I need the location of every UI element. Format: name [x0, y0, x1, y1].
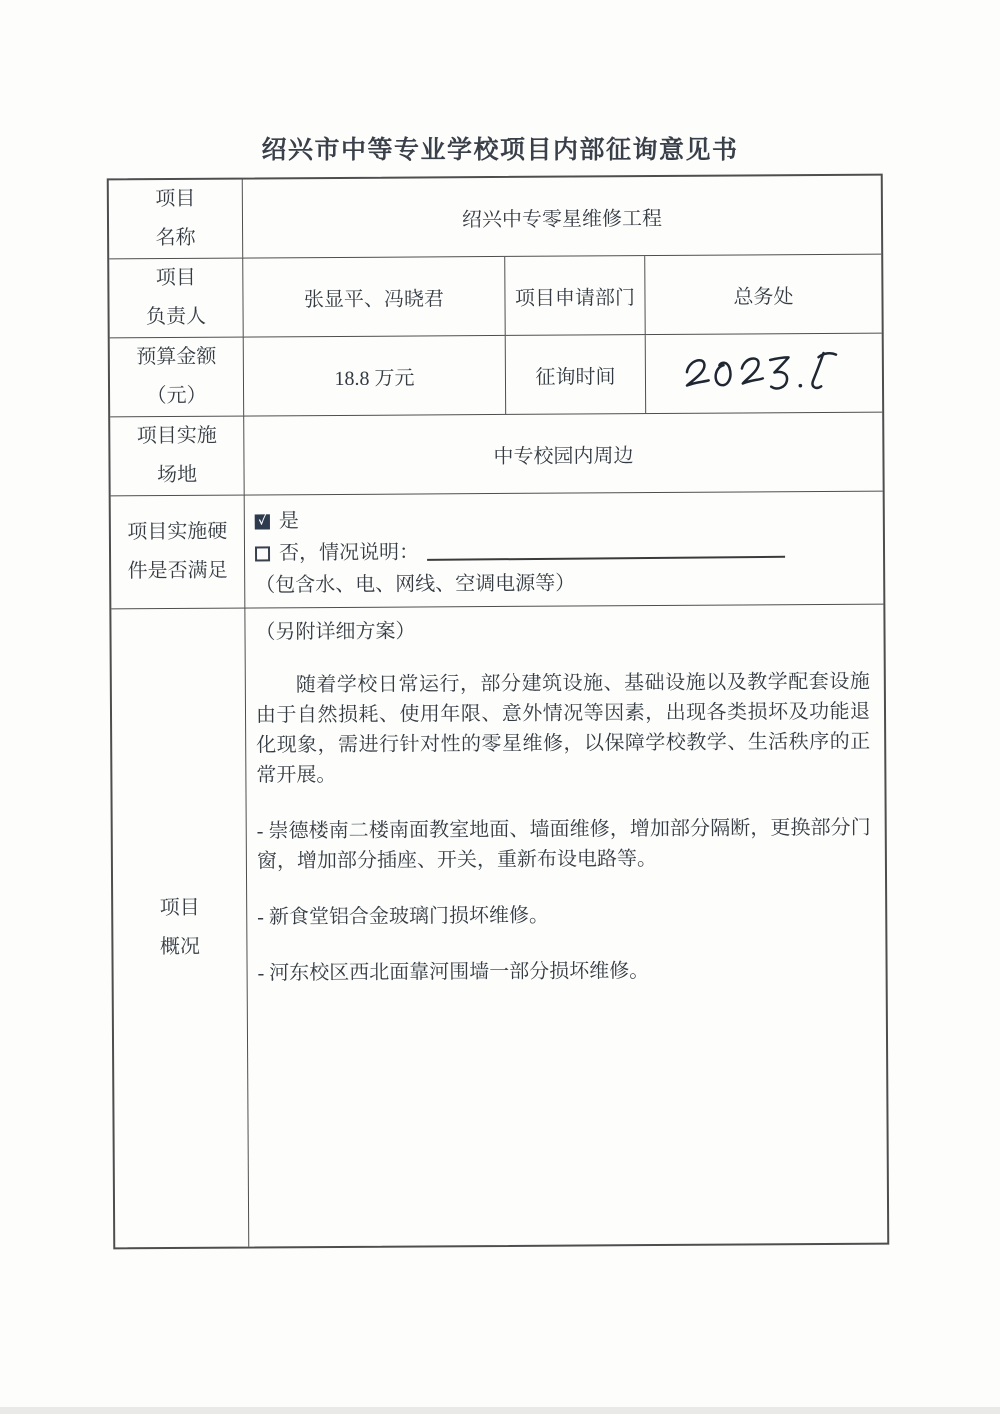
- overview-bullet: - 河东校区西北面靠河围墙一部分损坏维修。: [258, 955, 872, 989]
- table-row-site: 项目实施 场地 中专校园内周边: [110, 412, 882, 496]
- label-line: 预算金额: [136, 338, 216, 377]
- option-no-label: 否，情况说明：: [279, 536, 419, 569]
- hardware-options: ✓ 是 ✓ 否，情况说明： （包含水、电、网线、空调电源等）: [244, 492, 884, 608]
- option-yes-label: 是: [279, 505, 299, 537]
- label-line: 项目: [155, 180, 195, 219]
- scan-bottom-edge: [0, 1407, 1000, 1414]
- explanation-blank-field[interactable]: [427, 542, 785, 561]
- scanned-document-page: 绍兴市中等专业学校项目内部征询意见书 项目 名称 绍兴中专零星维修工程 项目 负…: [0, 0, 1000, 1414]
- overview-paragraph: 随着学校日常运行，部分建筑设施、基础设施以及教学配套设施由于自然损耗、使用年限、…: [256, 667, 871, 791]
- page-title: 绍兴市中等专业学校项目内部征询意见书: [0, 130, 1000, 166]
- handwritten-date-strokes: [676, 341, 851, 406]
- department-label: 项目申请部门: [504, 256, 644, 335]
- handwritten-date: [646, 334, 882, 413]
- table-row-overview: 项目 概况 （另附详细方案） 随着学校日常运行，部分建筑设施、基础设施以及教学配…: [111, 604, 887, 1248]
- leader-value: 张显平、冯晓君: [242, 257, 504, 337]
- option-yes-row: ✓ 是: [255, 502, 871, 538]
- project-name-value: 绍兴中专零星维修工程: [242, 176, 881, 258]
- site-value: 中专校园内周边: [243, 413, 882, 495]
- hardware-note: （包含水、电、网线、空调电源等）: [255, 566, 871, 602]
- label-line: 名称: [155, 219, 195, 258]
- label-line: 项目: [156, 259, 196, 298]
- consultation-time-label: 征询时间: [505, 335, 645, 414]
- leader-label: 项目 负责人: [109, 259, 242, 338]
- overview-label: 项目 概况: [111, 609, 248, 1248]
- label-line: 项目: [160, 889, 200, 928]
- overview-content: （另附详细方案） 随着学校日常运行，部分建筑设施、基础设施以及教学配套设施由于自…: [244, 605, 887, 1247]
- option-no-row: ✓ 否，情况说明：: [255, 534, 871, 570]
- check-icon: ✓: [258, 514, 266, 526]
- department-value: 总务处: [644, 255, 881, 334]
- table-row-project-name: 项目 名称 绍兴中专零星维修工程: [109, 176, 881, 259]
- no-checkbox[interactable]: ✓: [255, 546, 270, 561]
- table-row-hardware: 项目实施硬 件是否满足 ✓ 是 ✓ 否，情况说明： （包含水、电、网线: [111, 491, 884, 609]
- project-name-label: 项目 名称: [109, 180, 242, 259]
- table-row-leader: 项目 负责人 张显平、冯晓君 项目申请部门 总务处: [109, 254, 881, 338]
- label-line: 项目实施: [137, 417, 217, 456]
- site-label: 项目实施 场地: [110, 417, 243, 496]
- label-line: 项目实施硬: [127, 513, 227, 553]
- hardware-label: 项目实施硬 件是否满足: [111, 496, 245, 609]
- overview-bullet: - 崇德楼南二楼南面教室地面、墙面维修，增加部分隔断，更换部分门窗，增加部分插座…: [257, 813, 871, 877]
- yes-checkbox[interactable]: ✓: [255, 514, 270, 529]
- overview-bullet: - 新食堂铝合金玻璃门损坏维修。: [257, 899, 871, 933]
- table-row-budget: 预算金额 （元） 18.8 万元 征询时间: [110, 333, 882, 417]
- attachment-note: （另附详细方案）: [255, 615, 869, 647]
- budget-label: 预算金额 （元）: [110, 338, 243, 417]
- consultation-time-value: [645, 334, 882, 413]
- label-line: 概况: [160, 928, 200, 967]
- label-line: （元）: [146, 377, 206, 416]
- label-line: 件是否满足: [128, 552, 228, 592]
- budget-value: 18.8 万元: [243, 336, 505, 416]
- form-table: 项目 名称 绍兴中专零星维修工程 项目 负责人 张显平、冯晓君 项目申请部门 总…: [107, 174, 890, 1250]
- label-line: 场地: [157, 456, 197, 495]
- label-line: 负责人: [146, 298, 206, 337]
